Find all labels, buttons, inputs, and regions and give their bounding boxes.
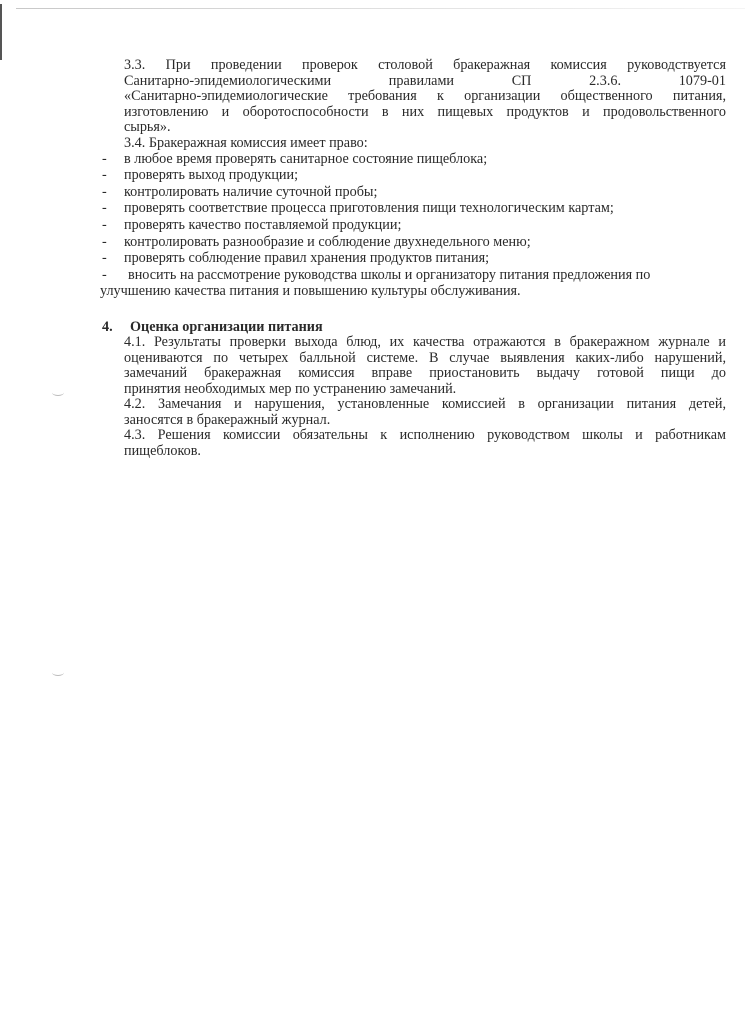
punch-hole-mark xyxy=(52,389,64,396)
section-4-heading: 4. Оценка организации питания xyxy=(102,319,726,335)
scan-edge-mark xyxy=(0,4,2,60)
text-line: 4.1. Результаты проверки выхода блюд, их… xyxy=(112,335,726,351)
text-line: принятия необходимых мер по устранению з… xyxy=(112,382,726,398)
text-line: изготовлению и оборотоспособности в них … xyxy=(112,105,726,121)
text-line: заносятся в бракеражный журнал. xyxy=(112,413,726,429)
text-line: «Санитарно-эпидемиологические требования… xyxy=(112,89,726,105)
section-number: 4. xyxy=(102,319,130,335)
paragraph-3-3: 3.3. При проведении проверок столовой бр… xyxy=(112,58,726,136)
dash-bullet: - xyxy=(100,152,124,168)
section-title: Оценка организации питания xyxy=(130,319,323,335)
paragraph-4-1: 4.1. Результаты проверки выхода блюд, их… xyxy=(112,335,726,397)
text-line: 4.3. Решения комиссии обязательны к испо… xyxy=(112,428,726,444)
dash-bullet: - xyxy=(100,168,124,184)
list-item: - проверять выход продукции; xyxy=(100,168,726,185)
list-item-text: контролировать наличие суточной пробы; xyxy=(124,185,377,201)
scan-edge-line xyxy=(16,8,745,9)
text-line: сырья». xyxy=(112,120,726,136)
text-line: замечаний бракеражная комиссия вправе пр… xyxy=(112,366,726,382)
list-item: - контролировать наличие суточной пробы; xyxy=(100,185,726,202)
dash-bullet: - xyxy=(100,251,124,267)
document-page: 3.3. При проведении проверок столовой бр… xyxy=(112,58,726,460)
list-item-text: вносить на рассмотрение руководства школ… xyxy=(128,268,650,284)
list-item-text: проверять выход продукции; xyxy=(124,168,298,184)
dash-bullet: - xyxy=(100,268,128,284)
punch-hole-mark xyxy=(52,669,64,676)
list-item: - проверять соблюдение правил хранения п… xyxy=(100,251,726,268)
list-item-text: проверять соблюдение правил хранения про… xyxy=(124,251,489,267)
list-item-text: контролировать разнообразие и соблюдение… xyxy=(124,235,531,251)
list-item-text: проверять качество поставляемой продукци… xyxy=(124,218,401,234)
list-item: - проверять качество поставляемой продук… xyxy=(100,218,726,235)
text-line: пищеблоков. xyxy=(112,444,726,460)
list-item: - контролировать разнообразие и соблюден… xyxy=(100,235,726,252)
dash-bullet: - xyxy=(100,201,124,217)
list-item-text: проверять соответствие процесса приготов… xyxy=(124,201,614,217)
list-item: - вносить на рассмотрение руководства шк… xyxy=(100,268,726,285)
dash-bullet: - xyxy=(100,185,124,201)
text-line: Санитарно-эпидемиологическими правилами … xyxy=(112,74,726,90)
list-item: - проверять соответствие процесса пригот… xyxy=(100,201,726,218)
list-item-continuation: улучшению качества питания и повышению к… xyxy=(100,284,726,300)
dash-bullet: - xyxy=(100,218,124,234)
paragraph-4-2: 4.2. Замечания и нарушения, установленны… xyxy=(112,397,726,428)
text-line: оцениваются по четырех балльной системе.… xyxy=(112,351,726,367)
paragraph-4-3: 4.3. Решения комиссии обязательны к испо… xyxy=(112,428,726,459)
paragraph-3-4: 3.4. Бракеражная комиссия имеет право: xyxy=(112,136,726,152)
rights-list: - в любое время проверять санитарное сос… xyxy=(100,152,726,300)
text-line: 4.2. Замечания и нарушения, установленны… xyxy=(112,397,726,413)
list-item-text: в любое время проверять санитарное состо… xyxy=(124,152,487,168)
dash-bullet: - xyxy=(100,235,124,251)
text-line: 3.3. При проведении проверок столовой бр… xyxy=(112,58,726,74)
list-item: - в любое время проверять санитарное сос… xyxy=(100,152,726,169)
